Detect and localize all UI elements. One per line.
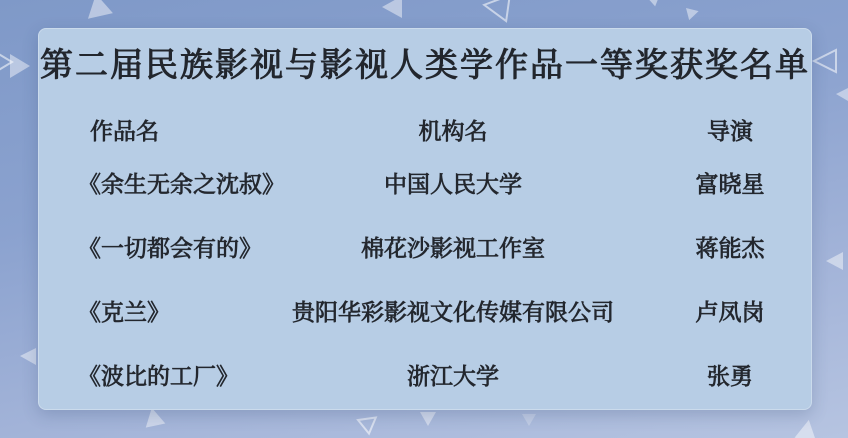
triangle-decoration xyxy=(795,418,820,438)
triangle-outline-decoration xyxy=(0,50,12,74)
director-cell: 蒋能杰 xyxy=(618,230,812,263)
director-cell: 富晓星 xyxy=(618,166,812,199)
table-header-row: 作品名 机构名 导演 xyxy=(38,108,812,150)
work-name-cell: 《克兰》 xyxy=(38,294,288,327)
triangle-decoration xyxy=(88,0,117,26)
triangle-outline-decoration xyxy=(814,50,836,72)
triangle-decoration xyxy=(10,54,30,78)
award-list-panel: 第二届民族影视与影视人类学作品一等奖获奖名单 作品名 机构名 导演 《余生无余之… xyxy=(38,28,812,410)
table-row: 《克兰》 贵阳华彩影视文化传媒有限公司 卢凤岗 xyxy=(38,278,812,342)
page-title: 第二届民族影视与影视人类学作品一等奖获奖名单 xyxy=(38,44,812,86)
org-name-cell: 中国人民大学 xyxy=(288,166,618,199)
triangle-decoration xyxy=(826,252,843,270)
column-header-work: 作品名 xyxy=(38,113,288,146)
triangle-decoration xyxy=(836,88,848,101)
work-name-cell: 《波比的工厂》 xyxy=(38,358,288,391)
table-row: 《一切都会有的》 棉花沙影视工作室 蒋能杰 xyxy=(38,214,812,278)
triangle-decoration xyxy=(645,0,663,8)
award-table: 作品名 机构名 导演 《余生无余之沈叔》 中国人民大学 富晓星 《一切都会有的》… xyxy=(38,108,812,406)
triangle-outline-decoration xyxy=(482,0,509,21)
triangle-outline-decoration xyxy=(358,417,378,434)
table-row: 《余生无余之沈叔》 中国人民大学 富晓星 xyxy=(38,150,812,214)
triangle-decoration xyxy=(522,414,536,426)
org-name-cell: 浙江大学 xyxy=(288,358,618,391)
triangle-decoration xyxy=(382,0,402,18)
org-name-cell: 贵阳华彩影视文化传媒有限公司 xyxy=(288,294,618,327)
work-name-cell: 《一切都会有的》 xyxy=(38,230,288,263)
director-cell: 卢凤岗 xyxy=(618,294,812,327)
triangle-decoration xyxy=(20,348,36,365)
triangle-decoration xyxy=(420,412,436,426)
work-name-cell: 《余生无余之沈叔》 xyxy=(38,166,288,199)
director-cell: 张勇 xyxy=(618,358,812,391)
column-header-org: 机构名 xyxy=(288,113,618,146)
column-header-director: 导演 xyxy=(618,113,812,146)
org-name-cell: 棉花沙影视工作室 xyxy=(288,230,618,263)
triangle-decoration xyxy=(683,8,698,22)
table-row: 《波比的工厂》 浙江大学 张勇 xyxy=(38,342,812,406)
